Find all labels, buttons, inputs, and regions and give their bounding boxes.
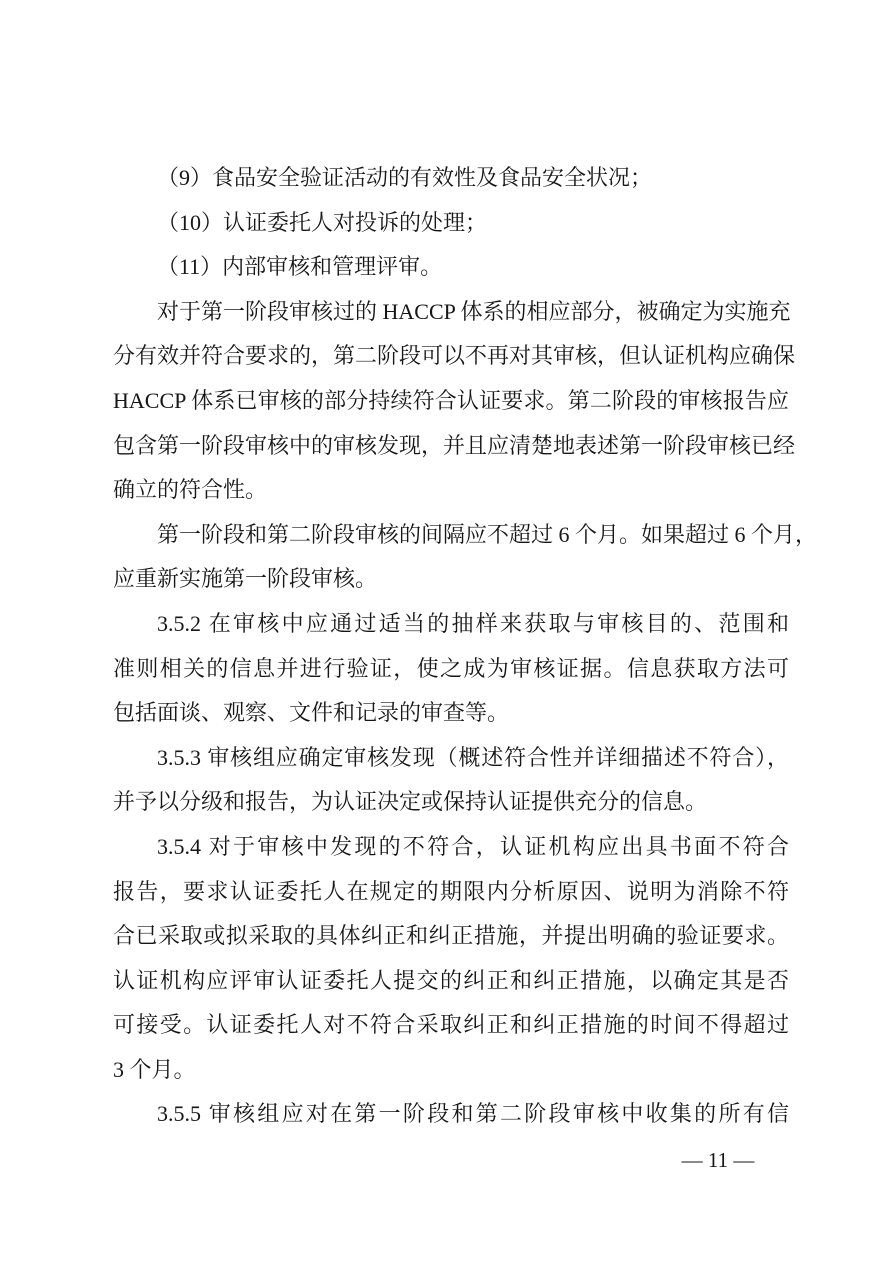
text-line: 3 个月。 [113, 1048, 789, 1093]
text-line: 可接受。认证委托人对不符合采取纠正和纠正措施的时间不得超过 [113, 1003, 789, 1048]
text-line: 应重新实施第一阶段审核。 [113, 557, 789, 602]
text-line: 第一阶段和第二阶段审核的间隔应不超过 6 个月。如果超过 6 个月， [113, 513, 789, 558]
text-line: 准则相关的信息并进行验证，使之成为审核证据。信息获取方法可 [113, 647, 789, 692]
section-3-5-4-line: 3.5.4 对于审核中发现的不符合，认证机构应出具书面不符合 [113, 825, 789, 870]
section-3-5-3-line: 3.5.3 审核组应确定审核发现（概述符合性并详细描述不符合）， [113, 736, 789, 781]
text-line: 包含第一阶段审核中的审核发现，并且应清楚地表述第一阶段审核已经 [113, 424, 789, 469]
text-line: 包括面谈、观察、文件和记录的审查等。 [113, 691, 789, 736]
document-page: （9）食品安全验证活动的有效性及食品安全状况； （10）认证委托人对投诉的处理；… [0, 0, 892, 1262]
text-line: 确立的符合性。 [113, 468, 789, 513]
text-line: HACCP 体系已审核的部分持续符合认证要求。第二阶段的审核报告应 [113, 379, 789, 424]
page-number: — 11 — [672, 1147, 764, 1173]
text-line: 认证机构应评审认证委托人提交的纠正和纠正措施，以确定其是否 [113, 959, 789, 1004]
list-item-11: （11）内部审核和管理评审。 [113, 245, 789, 290]
list-item-10: （10）认证委托人对投诉的处理； [113, 201, 789, 246]
document-body-text: （9）食品安全验证活动的有效性及食品安全状况； （10）认证委托人对投诉的处理；… [113, 156, 789, 1137]
text-line: 对于第一阶段审核过的 HACCP 体系的相应部分，被确定为实施充 [113, 290, 789, 335]
text-line: 分有效并符合要求的，第二阶段可以不再对其审核，但认证机构应确保 [113, 334, 789, 379]
section-3-5-5-line: 3.5.5 审核组应对在第一阶段和第二阶段审核中收集的所有信 [113, 1092, 789, 1137]
text-line: 合已采取或拟采取的具体纠正和纠正措施，并提出明确的验证要求。 [113, 914, 789, 959]
section-3-5-2-line: 3.5.2 在审核中应通过适当的抽样来获取与审核目的、范围和 [113, 602, 789, 647]
list-item-9: （9）食品安全验证活动的有效性及食品安全状况； [113, 156, 789, 201]
text-line: 并予以分级和报告，为认证决定或保持认证提供充分的信息。 [113, 780, 789, 825]
text-line: 报告，要求认证委托人在规定的期限内分析原因、说明为消除不符 [113, 870, 789, 915]
